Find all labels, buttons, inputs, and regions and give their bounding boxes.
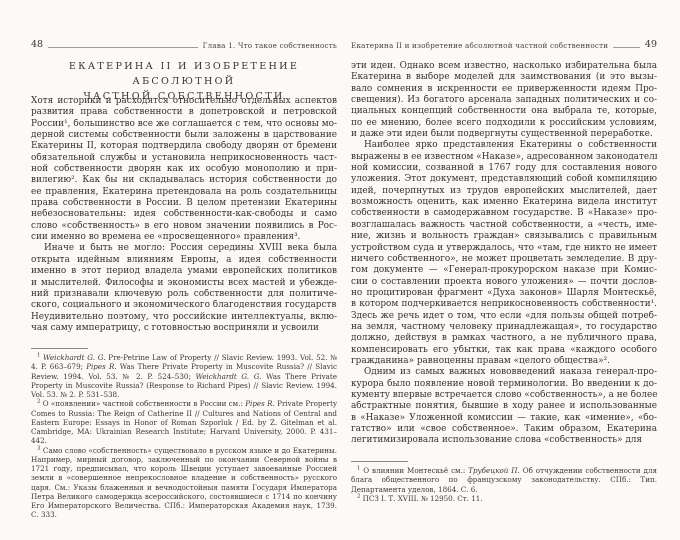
body-line: и даже эти идеи были подвергнуты существ… (351, 129, 657, 140)
footnote: 1 О влиянии Монтескьё см.: Трубецкой П. … (351, 466, 657, 494)
page-number-left: 48 (31, 40, 43, 50)
running-title-right: Екатерина II и изобретение абсолютной ча… (351, 41, 608, 50)
footnote-marker: 2 (37, 399, 40, 405)
body-line: гатство» или «свое собственное». Таким о… (351, 424, 657, 435)
footnote: 2 ПСЗ I. Т. XVIII. № 12950. Ст. 11. (351, 494, 657, 503)
body-line: эти идеи. Однако всем известно, наскольк… (351, 61, 657, 72)
body-line: развития права собственности в допетровс… (31, 107, 337, 118)
page-header-left: 48 Глава 1. Что такое собственность (31, 40, 337, 50)
footnote-separator-right (351, 461, 408, 463)
footnotes-right: 1 О влиянии Монтескьё см.: Трубецкой П. … (351, 466, 657, 503)
body-line: гражданина» равноценны правам «целого об… (351, 356, 657, 367)
body-line: Наиболее ярко представления Екатерины о … (351, 140, 657, 151)
body-line: Хотя историки и расходятся относительно … (31, 96, 337, 107)
body-line: небезосновательны: идея собственности-ка… (31, 209, 337, 220)
body-line: гом документе — «Генерал-прокурорском на… (351, 265, 657, 276)
footnotes-left: 1 Weickhardt G. G. Pre-Petrine Law of Pr… (31, 353, 337, 520)
body-line: чая саму императрицу, с готовностью восп… (31, 323, 337, 334)
body-line: в котором подчеркивается неприкосновенно… (351, 299, 657, 310)
body-line: Одним из самых важных нововведений наказ… (351, 367, 657, 378)
body-line: слово «собственность» в его новом значен… (31, 221, 337, 232)
body-line: компенсировать его убытки, так как права… (351, 345, 657, 356)
body-line: Здесь же речь идет о том, что если «для … (351, 311, 657, 322)
body-line: Екатерина в выборе моделей для заимствов… (351, 72, 657, 83)
page-number-right: 49 (645, 40, 657, 50)
body-text-left: Хотя историки и расходятся относительно … (31, 96, 337, 334)
body-line: свещения). Из богатого арсенала западных… (351, 95, 657, 106)
page-right: Екатерина II и изобретение абсолютной ча… (351, 0, 657, 540)
body-line: ничего собственного», не может процветат… (351, 254, 657, 265)
body-line: открыта идейным влияниям Европы, а идея … (31, 255, 337, 266)
body-line: идей, почерпнутых из трудов европейских … (351, 186, 657, 197)
body-line: возможность оценить, как именно Екатерин… (351, 197, 657, 208)
body-line: на земля, частному человеку принадлежаща… (351, 322, 657, 333)
page-left: 48 Глава 1. Что такое собственность Екат… (31, 0, 337, 540)
body-line: выражены в ее известном «Наказе», адресо… (351, 152, 657, 163)
body-line: сии о составлении проекта нового уложени… (351, 277, 657, 288)
body-line: дерной системы собственности были заложе… (31, 130, 337, 141)
body-line: устройством суда и утверждалось, что «та… (351, 243, 657, 254)
footnote-marker: 3 (37, 445, 40, 451)
running-title-left: Глава 1. Что такое собственность (203, 41, 337, 50)
footnote: 1 Weickhardt G. G. Pre-Petrine Law of Pr… (31, 353, 337, 399)
body-line: ние, жизнь и вольность граждан» связывал… (351, 231, 657, 242)
header-rule-left (48, 46, 198, 48)
body-line: и мыслителей. Философы и экономисты всех… (31, 278, 337, 289)
body-line: России¹, большинство все же соглашается … (31, 119, 337, 130)
body-line: Екатерины II, которая подтвердила свобод… (31, 141, 337, 152)
body-line: легитимизировала использование слова «со… (351, 435, 657, 446)
footnote-marker: 1 (37, 353, 40, 359)
body-line: курора было появление новой терминологии… (351, 379, 657, 390)
page-header-right: Екатерина II и изобретение абсолютной ча… (351, 40, 657, 50)
body-text-right: эти идеи. Однако всем известно, наскольк… (351, 61, 657, 447)
body-line: вилегию². Как бы ни складывалась история… (31, 175, 337, 186)
body-line: собственности в самодержавном государств… (351, 208, 657, 219)
footnote-marker: 2 (357, 493, 360, 499)
body-line: абстрактные понятия, бывшие в ходу ранее… (351, 401, 657, 412)
body-line: кументу впервые встречается слово «собст… (351, 390, 657, 401)
body-line: Иначе и быть не могло: Россия середины X… (31, 243, 337, 254)
body-line: ной комиссии, созванной в 1767 году для … (351, 163, 657, 174)
body-line: ной собственности дворян как их особую м… (31, 164, 337, 175)
section-title-line-1: Екатерина II и изобретение абсолютной (69, 61, 299, 87)
body-line: права собственности в России. В целом пр… (31, 198, 337, 209)
footnote-separator-left (31, 348, 88, 350)
book-spread: 48 Глава 1. Что такое собственность Екат… (0, 0, 680, 540)
body-line: должно, действуя в рамках частного, а не… (351, 333, 657, 344)
header-rule-right (613, 46, 640, 48)
body-line: ее правления, Екатерина претендовала на … (31, 187, 337, 198)
body-line: в «Наказе» Уложенной комиссии — такие, к… (351, 413, 657, 424)
footnote: 2 О «появлении» частной собственности в … (31, 399, 337, 445)
body-line: по ее мнению, более всего подходили к ро… (351, 118, 657, 129)
footnote: 3 Само слово «собственность» существовал… (31, 446, 337, 520)
body-line: ний признавали ключевую роль собственнос… (31, 289, 337, 300)
body-line: обязательной службы и установила неприко… (31, 153, 337, 164)
footnote-marker: 1 (357, 466, 360, 472)
body-line: именно в этот период владела умами европ… (31, 266, 337, 277)
body-line: циальных концепций собственности она выб… (351, 106, 657, 117)
body-line: уложения. Этот документ, представляющий … (351, 174, 657, 185)
body-line: возглашалась важность частной собственно… (351, 220, 657, 231)
body-line: сии именно во времена ее «просвещенного»… (31, 232, 337, 243)
body-line: но процитирован фрагмент «Духа законов» … (351, 288, 657, 299)
body-line: вало сомнения в искренности ее привержен… (351, 84, 657, 95)
body-line: Неудивительно поэтому, что российские ин… (31, 312, 337, 323)
body-line: ского, социального и экономического благ… (31, 300, 337, 311)
